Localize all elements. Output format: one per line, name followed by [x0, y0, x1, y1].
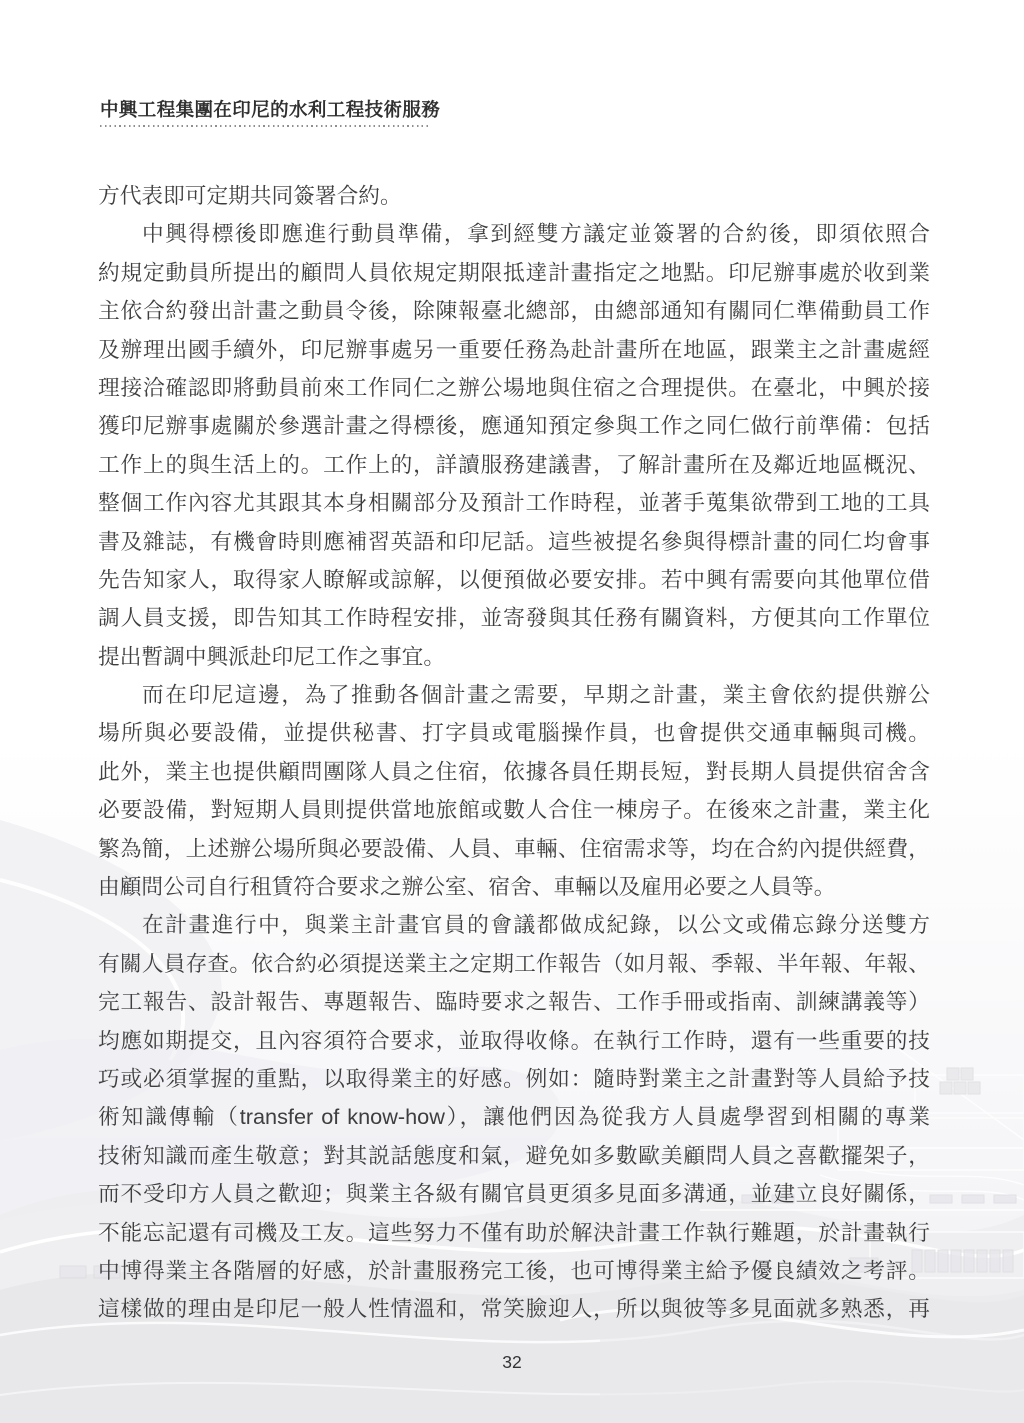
text-line: 繁為簡，上述辦公場所與必要設備、人員、車輛、住宿需求等，均在合約內提供經費， — [98, 830, 930, 868]
text-line: 必要設備，對短期人員則提供當地旅館或數人合住一棟房子。在後來之計畫，業主化 — [98, 791, 930, 829]
text-line: 巧或必須掌握的重點，以取得業主的好感。例如：隨時對業主之計畫對等人員給予技 — [98, 1060, 930, 1098]
text-line: 技術知識而產生敬意；對其説話態度和氣，避免如多數歐美顧問人員之喜歡擺架子， — [98, 1137, 930, 1175]
text-line: 書及雜誌，有機會時則應補習英語和印尼話。這些被提名參與得標計畫的同仁均會事 — [98, 523, 930, 561]
text-line: 中興得標後即應進行動員準備，拿到經雙方議定並簽署的合約後，即須依照合 — [98, 215, 930, 253]
text-line: 而不受印方人員之歡迎；與業主各級有關官員更須多見面多溝通，並建立良好關係， — [98, 1175, 930, 1213]
text-line: 而在印尼這邊，為了推動各個計畫之需要，早期之計畫，業主會依約提供辦公 — [98, 676, 930, 714]
text-line: 整個工作內容尤其跟其本身相關部分及預計工作時程，並著手蒐集欲帶到工地的工具 — [98, 484, 930, 522]
running-header-title: 中興工程集團在印尼的水利工程技術服務 — [100, 96, 440, 122]
page-number: 32 — [0, 1352, 1024, 1373]
text-line: 獲印尼辦事處關於參選計畫之得標後，應通知預定參與工作之同仁做行前準備：包括 — [98, 407, 930, 445]
text-line: 主依合約發出計畫之動員令後，除陳報臺北總部，由總部通知有關同仁準備動員工作 — [98, 292, 930, 330]
text-line: 工作上的與生活上的。工作上的，詳讀服務建議書，了解計畫所在及鄰近地區概況、 — [98, 446, 930, 484]
text-line: 術知識傳輸（transfer of know-how），讓他們因為從我方人員處學… — [98, 1098, 930, 1136]
text-line: 及辦理出國手續外，印尼辦事處另一重要任務為赴計畫所在地區，跟業主之計畫處經 — [98, 331, 930, 369]
text-line: 場所與必要設備，並提供秘書、打字員或電腦操作員，也會提供交通車輛與司機。 — [98, 714, 930, 752]
text-line: 完工報告、設計報告、專題報告、臨時要求之報告、工作手冊或指南、訓練講義等） — [98, 983, 930, 1021]
text-line: 有關人員存查。依合約必須提送業主之定期工作報告（如月報、季報、半年報、年報、 — [98, 945, 930, 983]
text-line: 約規定動員所提出的顧問人員依規定期限抵達計畫指定之地點。印尼辦事處於收到業 — [98, 254, 930, 292]
text-line: 方代表即可定期共同簽署合約。 — [98, 177, 930, 215]
text-line: 均應如期提交，且內容須符合要求，並取得收條。在執行工作時，還有一些重要的技 — [98, 1022, 930, 1060]
text-line: 調人員支援，即告知其工作時程安排，並寄發與其任務有關資料，方便其向工作單位 — [98, 599, 930, 637]
text-line: 由顧問公司自行租賃符合要求之辦公室、宿舍、車輛以及雇用必要之人員等。 — [98, 868, 930, 906]
text-line: 理接洽確認即將動員前來工作同仁之辦公場地與住宿之合理提供。在臺北，中興於接 — [98, 369, 930, 407]
text-line: 在計畫進行中，與業主計畫官員的會議都做成紀錄，以公文或備忘錄分送雙方 — [98, 906, 930, 944]
text-line: 這樣做的理由是印尼一般人性情溫和，常笑臉迎人，所以與彼等多見面就多熟悉，再 — [98, 1290, 930, 1328]
text-line: 此外，業主也提供顧問團隊人員之住宿，依據各員任期長短，對長期人員提供宿舍含 — [98, 753, 930, 791]
text-line: 不能忘記還有司機及工友。這些努力不僅有助於解決計畫工作執行難題，於計畫執行 — [98, 1214, 930, 1252]
text-line: 提出暫調中興派赴印尼工作之事宜。 — [98, 638, 930, 676]
text-line: 中博得業主各階層的好感，於計畫服務完工後，也可博得業主給予優良績效之考評。 — [98, 1252, 930, 1290]
header-dotted-divider — [100, 125, 428, 127]
document-page: 中興工程集團在印尼的水利工程技術服務 方代表即可定期共同簽署合約。中興得標後即應… — [0, 0, 1024, 1423]
text-line: 先告知家人，取得家人瞭解或諒解，以便預做必要安排。若中興有需要向其他單位借 — [98, 561, 930, 599]
body-text: 方代表即可定期共同簽署合約。中興得標後即應進行動員準備，拿到經雙方議定並簽署的合… — [98, 177, 930, 1329]
